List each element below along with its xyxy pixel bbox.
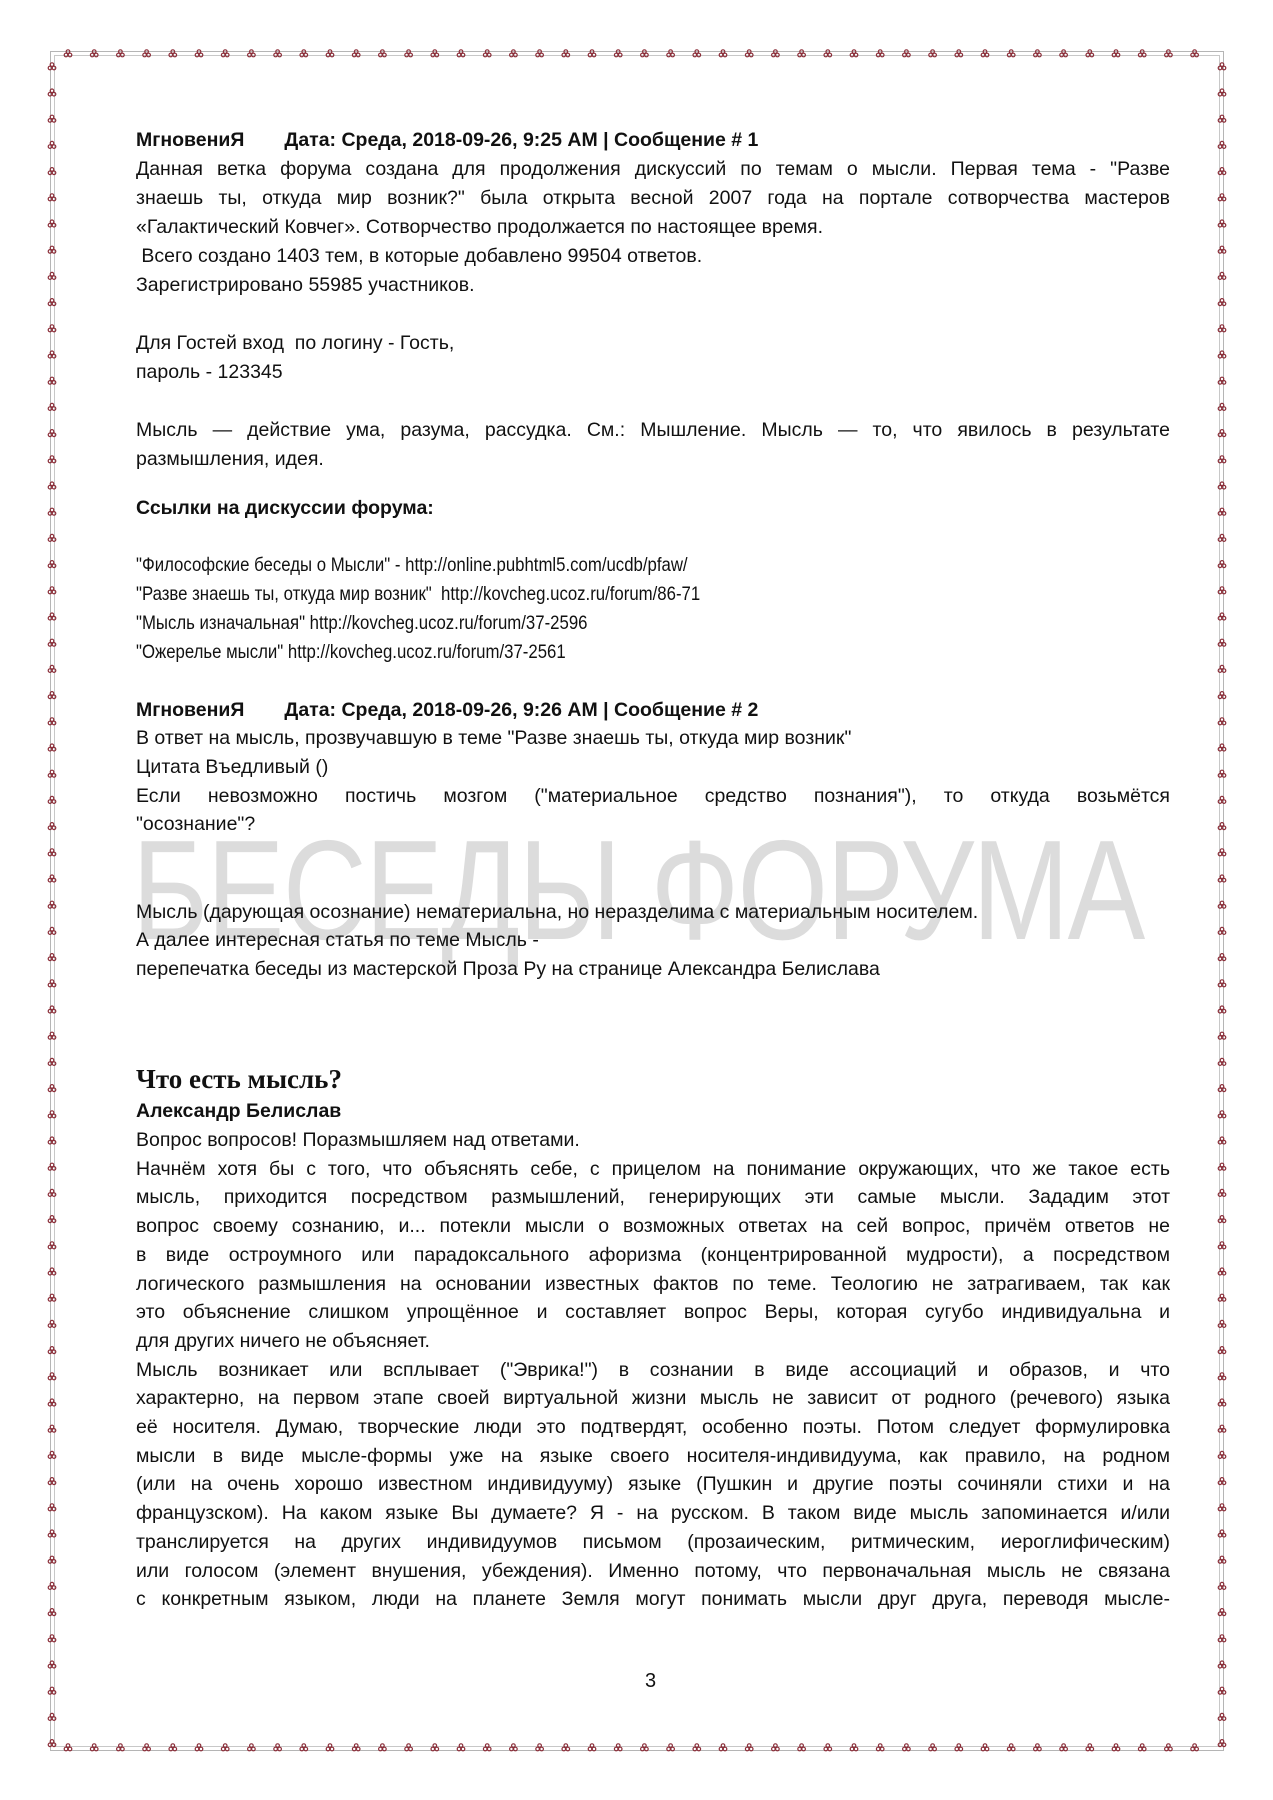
article-text-line: мысль, приходится посредством размышлени…	[136, 1185, 1170, 1209]
post-text-line: Зарегистрировано 55985 участников.	[136, 273, 475, 297]
post-author: МгновениЯ	[136, 699, 244, 721]
article-text-line: вопрос своему сознанию, и... потекли мыс…	[136, 1214, 1170, 1238]
post-text-line: знаешь ты, откуда мир возник?" была откр…	[136, 186, 1170, 210]
post-text-line: Мысль (дарующая осознание) нематериальна…	[136, 900, 978, 924]
article-text-line: транслируется на других индивидуумов пис…	[136, 1530, 1170, 1554]
post-meta: Дата: Среда, 2018-09-26, 9:25 AM | Сообщ…	[284, 129, 758, 151]
links-heading: Ссылки на дискуссии форума:	[136, 496, 434, 520]
article-author: Александр Белислав	[136, 1099, 341, 1123]
forum-link[interactable]: "Философские беседы о Мысли" - http://on…	[136, 553, 688, 577]
post-text-line: перепечатка беседы из мастерской Проза Р…	[136, 957, 880, 981]
definition-line: размышления, идея.	[136, 447, 324, 471]
post-meta: Дата: Среда, 2018-09-26, 9:26 AM | Сообщ…	[284, 699, 758, 721]
article-text-line: французском). На каком языке Вы думаете?…	[136, 1501, 1170, 1525]
article-text-line: характерно, на первом этапе своей виртуа…	[136, 1386, 1170, 1410]
post-header: МгновениЯДата: Среда, 2018-09-26, 9:26 A…	[136, 698, 758, 722]
article-text-line: с конкретным языком, люди на планете Зем…	[136, 1587, 1170, 1611]
post-text-line: Данная ветка форума создана для продолже…	[136, 157, 1170, 181]
article-text-line: или голосом (элемент внушения, убеждения…	[136, 1559, 1170, 1583]
forum-link[interactable]: "Ожерелье мысли" http://kovcheg.ucoz.ru/…	[136, 640, 566, 664]
guest-password-text: пароль - 123345	[136, 360, 283, 384]
definition-line: Мысль — действие ума, разума, рассудка. …	[136, 418, 1170, 442]
article-text-line: Мысль возникает или всплывает ("Эврика!"…	[136, 1358, 1170, 1382]
forum-link[interactable]: "Мысль изначальная" http://kovcheg.ucoz.…	[136, 611, 587, 635]
post-text-line: Если невозможно постичь мозгом ("материа…	[136, 784, 1170, 808]
page-number: 3	[645, 1670, 656, 1693]
post-text-line: «Галактический Ковчег». Сотворчество про…	[136, 215, 823, 239]
post-text-line: Всего создано 1403 тем, в которые добавл…	[136, 244, 702, 268]
post-text-line: В ответ на мысль, прозвучавшую в теме "Р…	[136, 726, 851, 750]
article-text-line: мысли в виде мысле-формы уже на языке св…	[136, 1444, 1170, 1468]
post-text-line: "осознание"?	[136, 812, 255, 836]
article-text-line: логического размышления на основании изв…	[136, 1272, 1170, 1296]
article-text-line: в виде остроумного или парадоксального а…	[136, 1243, 1170, 1267]
post-header: МгновениЯДата: Среда, 2018-09-26, 9:25 A…	[136, 128, 758, 152]
post-author: МгновениЯ	[136, 129, 244, 151]
guest-login-text: Для Гостей вход по логину - Гость,	[136, 331, 454, 355]
article-text-line: это объяснение слишком упрощённое и сост…	[136, 1300, 1170, 1324]
post-text-line: А далее интересная статья по теме Мысль …	[136, 928, 539, 952]
article-title: Что есть мысль?	[136, 1063, 342, 1095]
post-text-line: Цитата Въедливый ()	[136, 755, 328, 779]
article-text-line: Начнём хотя бы с того, что объяснять себ…	[136, 1157, 1170, 1181]
article-text-line: для других ничего не объясняет.	[136, 1329, 430, 1353]
article-text-line: (или на очень хорошо известном индивидуу…	[136, 1472, 1170, 1496]
forum-link[interactable]: "Разве знаешь ты, откуда мир возник" htt…	[136, 582, 700, 606]
article-text-line: Вопрос вопросов! Поразмышляем над ответа…	[136, 1128, 580, 1152]
article-text-line: её носителя. Думаю, творческие люди это …	[136, 1415, 1170, 1439]
